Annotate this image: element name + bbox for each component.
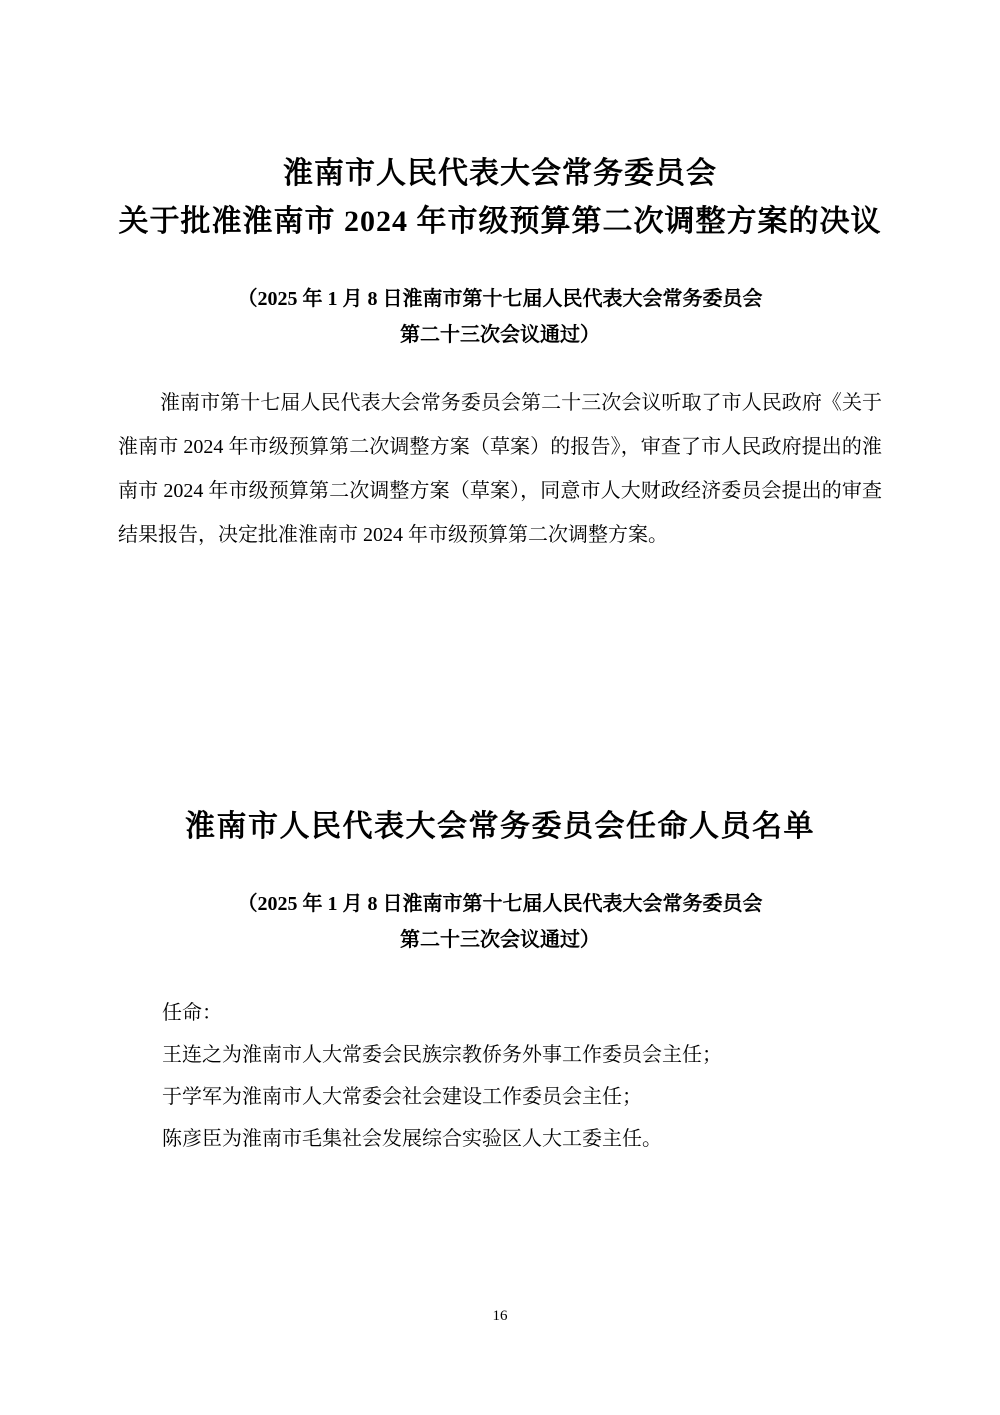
resolution-title-line2: 关于批准淮南市 2024 年市级预算第二次调整方案的决议	[118, 198, 882, 246]
resolution-body: 淮南市第十七届人民代表大会常务委员会第二十三次会议听取了市人民政府《关于 淮南市…	[118, 381, 882, 557]
appointment-meeting-note: （2025 年 1 月 8 日淮南市第十七届人民代表大会常务委员会 第二十三次会…	[118, 886, 882, 958]
resolution-body-line: 淮南市 2024 年市级预算第二次调整方案（草案）的报告》，审查了市人民政府提出…	[118, 425, 882, 469]
resolution-meeting-note: （2025 年 1 月 8 日淮南市第十七届人民代表大会常务委员会 第二十三次会…	[118, 281, 882, 353]
resolution-meeting-line2: 第二十三次会议通过）	[118, 317, 882, 353]
document-page: 淮南市人民代表大会常务委员会 关于批准淮南市 2024 年市级预算第二次调整方案…	[0, 0, 1000, 1415]
appointment-title: 淮南市人民代表大会常务委员会任命人员名单	[118, 803, 882, 851]
resolution-title: 淮南市人民代表大会常务委员会 关于批准淮南市 2024 年市级预算第二次调整方案…	[118, 0, 882, 246]
appointment-list-item: 王连之为淮南市人大常委会民族宗教侨务外事工作委员会主任；	[162, 1034, 882, 1076]
resolution-body-line: 结果报告，决定批准淮南市 2024 年市级预算第二次调整方案。	[118, 513, 882, 557]
appointment-list: 任命： 王连之为淮南市人大常委会民族宗教侨务外事工作委员会主任； 于学军为淮南市…	[118, 992, 882, 1160]
appointment-list-item: 于学军为淮南市人大常委会社会建设工作委员会主任；	[162, 1076, 882, 1118]
appointment-meeting-line1: （2025 年 1 月 8 日淮南市第十七届人民代表大会常务委员会	[118, 886, 882, 922]
page-number: 16	[0, 1308, 1000, 1325]
appointment-list-item: 任命：	[162, 992, 882, 1034]
resolution-body-line: 南市 2024 年市级预算第二次调整方案（草案），同意市人大财政经济委员会提出的…	[118, 469, 882, 513]
resolution-meeting-line1: （2025 年 1 月 8 日淮南市第十七届人民代表大会常务委员会	[118, 281, 882, 317]
document-content: 淮南市人民代表大会常务委员会 关于批准淮南市 2024 年市级预算第二次调整方案…	[118, 0, 882, 1160]
resolution-body-line: 淮南市第十七届人民代表大会常务委员会第二十三次会议听取了市人民政府《关于	[118, 381, 882, 425]
resolution-title-line1: 淮南市人民代表大会常务委员会	[118, 150, 882, 198]
appointment-meeting-line2: 第二十三次会议通过）	[118, 922, 882, 958]
appointment-list-item: 陈彦臣为淮南市毛集社会发展综合实验区人大工委主任。	[162, 1118, 882, 1160]
